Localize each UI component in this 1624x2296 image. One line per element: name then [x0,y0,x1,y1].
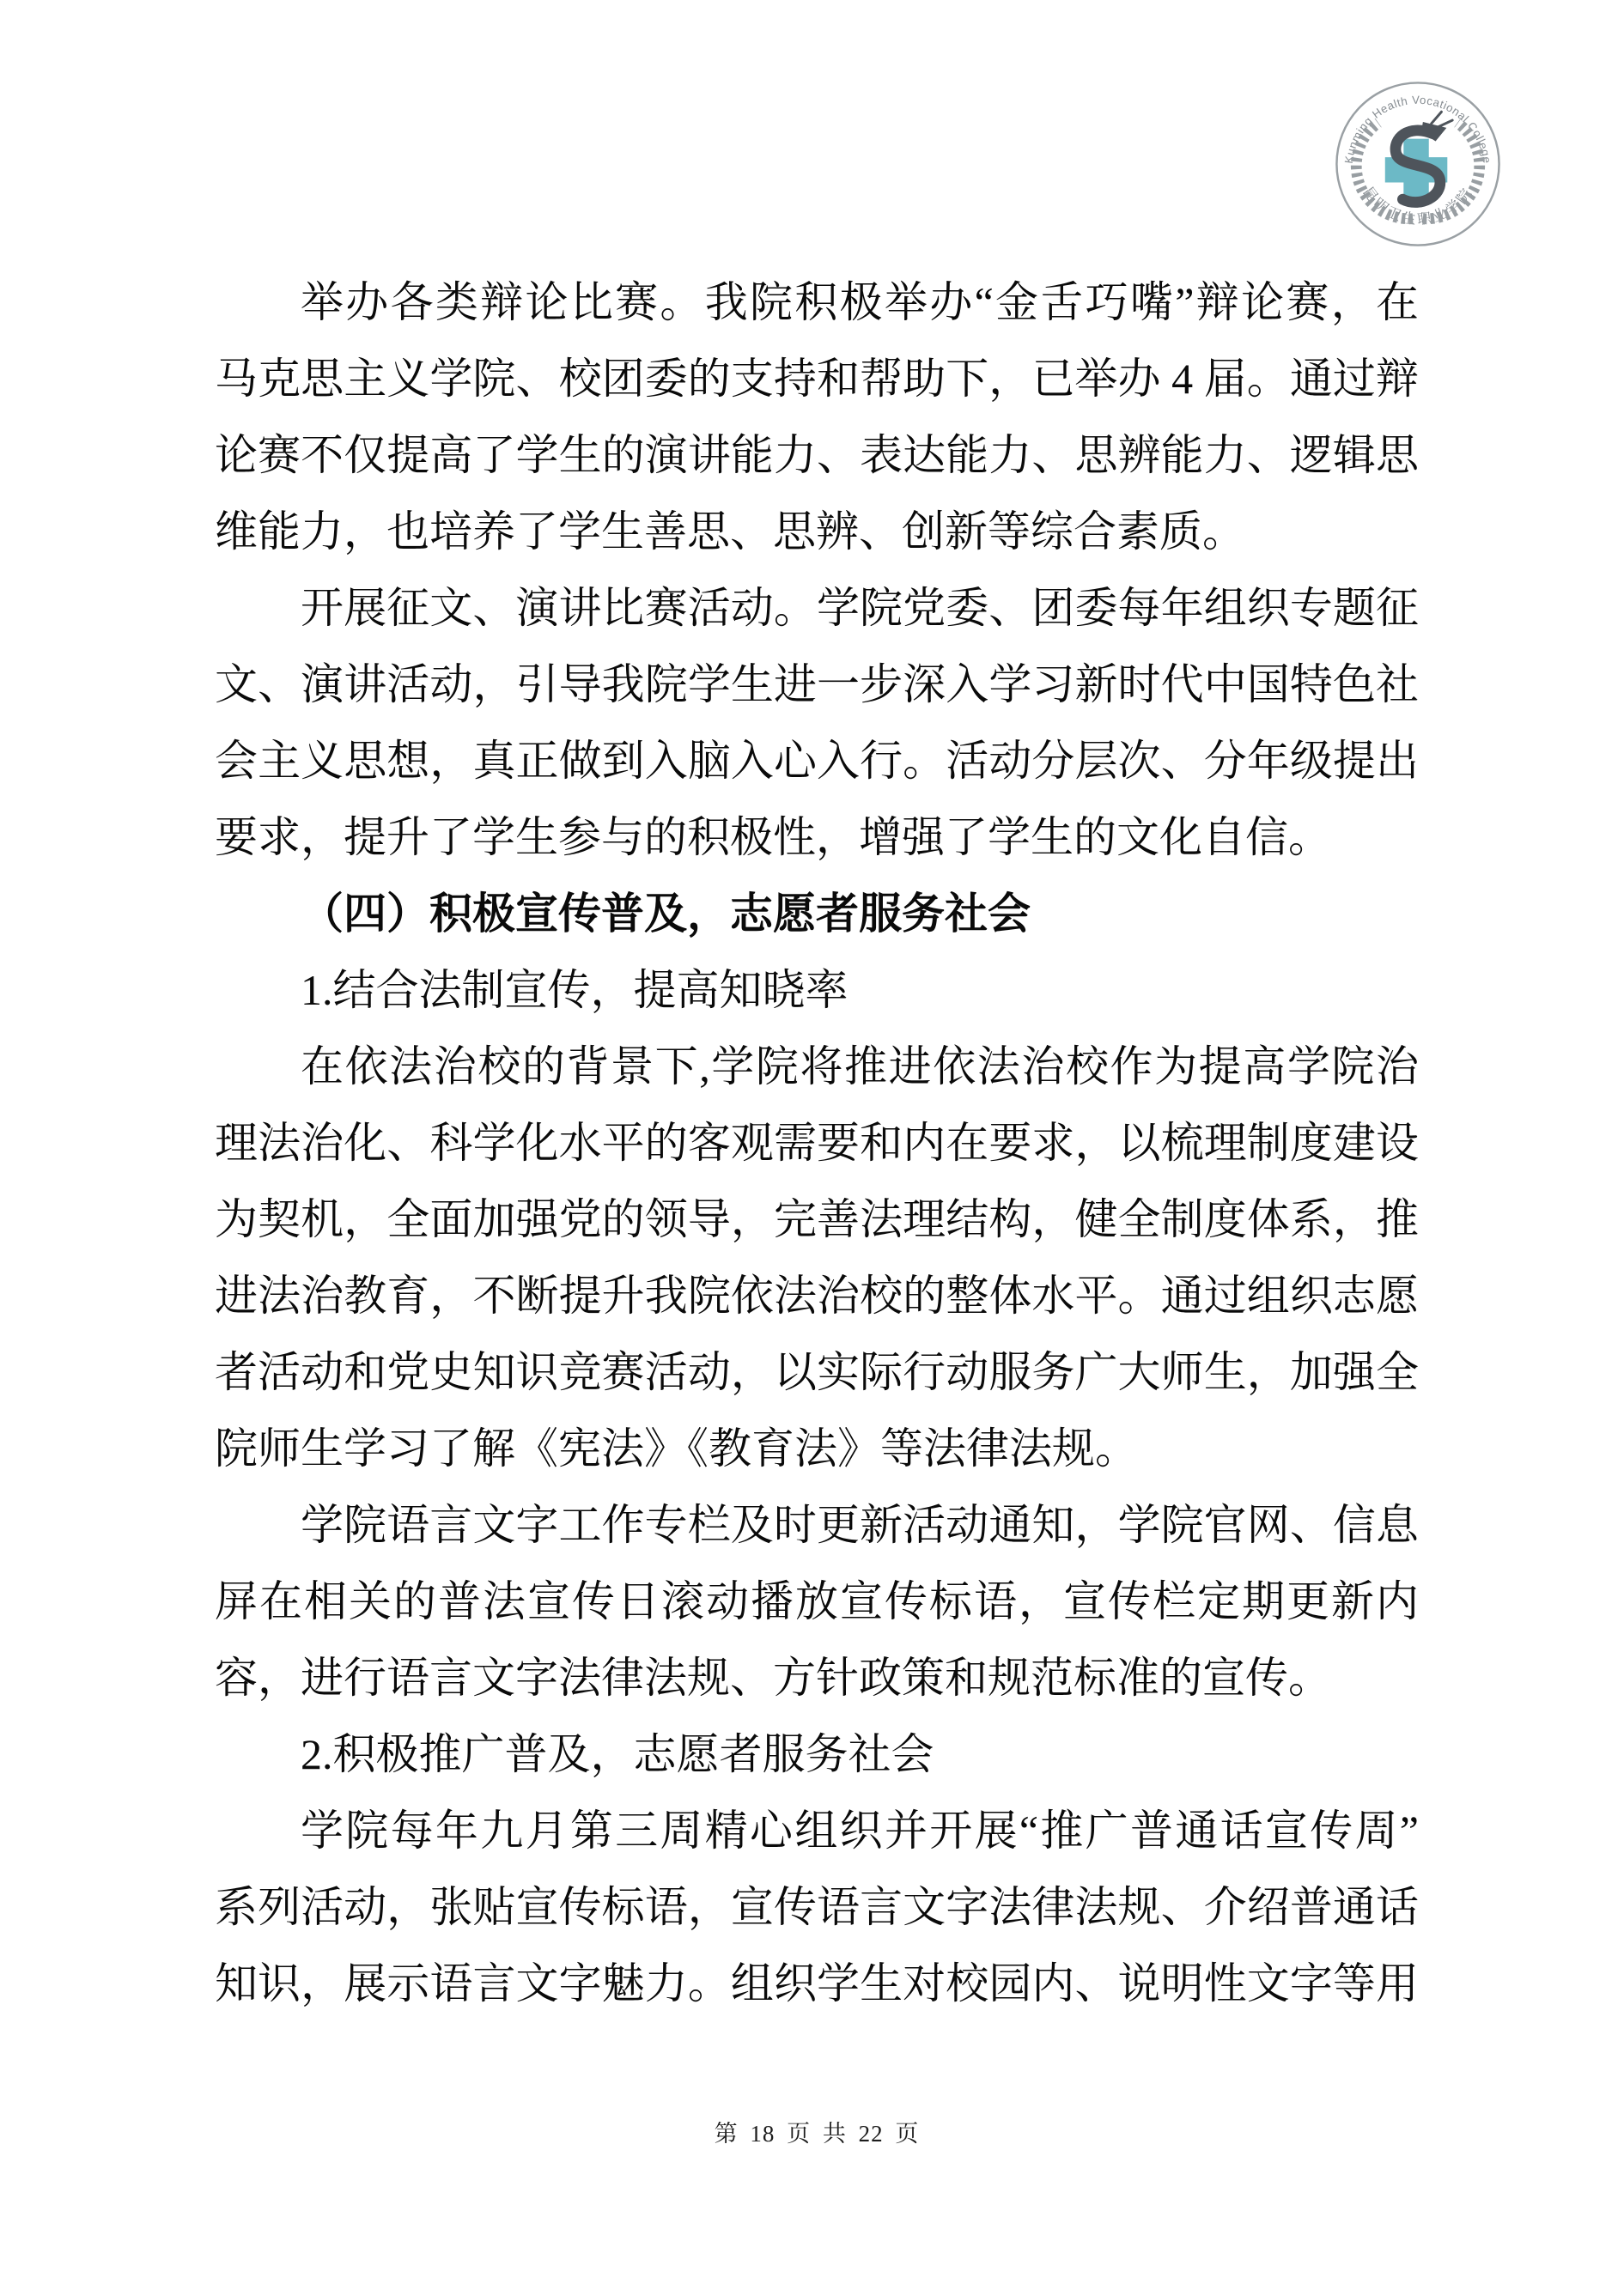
text-line: 学院语言文字工作专栏及时更新活动通知，学院官网、信息 [215,1487,1419,1564]
text-line: 马克思主义学院、校团委的支持和帮助下，已举办 4 届。通过辩 [215,341,1419,417]
text-line: 容，进行语言文字法律法规、方针政策和规范标准的宣传。 [215,1640,1419,1716]
text-line: 者活动和党史知识竞赛活动，以实际行动服务广大师生，加强全 [215,1334,1419,1411]
text-line: 知识，展示语言文字魅力。组织学生对校园内、说明性文字等用 [215,1946,1419,2022]
text-line: 院师生学习了解《宪法》《教育法》等法律法规。 [215,1411,1419,1487]
text-line: 文、演讲活动，引导我院学生进一步深入学习新时代中国特色社 [215,647,1419,723]
text-line: 会主义思想，真正做到入脑入心入行。活动分层次、分年级提出 [215,723,1419,799]
text-line: 理法治化、科学化水平的客观需要和内在要求，以梳理制度建设 [215,1105,1419,1181]
document-body: 举办各类辩论比赛。我院积极举办“金舌巧嘴”辩论赛，在 马克思主义学院、校团委的支… [215,264,1419,2022]
text-line: 学院每年九月第三周精心组织并开展“推广普通话宣传周” [215,1793,1419,1869]
text-line: 屏在相关的普法宣传日滚动播放宣传标语，宣传栏定期更新内 [215,1564,1419,1640]
section-heading: （四）积极宣传普及，志愿者服务社会 [215,876,1419,952]
text-line: 进法治教育，不断提升我院依法治校的整体水平。通过组织志愿 [215,1258,1419,1334]
text-line: 在依法治校的背景下,学院将推进依法治校作为提高学院治 [215,1029,1419,1105]
page-number: 第 18 页 共 22 页 [215,2115,1419,2148]
text-line: 开展征文、演讲比赛活动。学院党委、团委每年组织专题征 [215,570,1419,647]
subsection-heading: 1.结合法制宣传，提高知晓率 [215,952,1419,1029]
text-line: 举办各类辩论比赛。我院积极举办“金舌巧嘴”辩论赛，在 [215,264,1419,341]
text-line: 要求，提升了学生参与的积极性，增强了学生的文化自信。 [215,799,1419,876]
college-logo: Kunming Health Vocational College 昆明卫生职业… [1334,80,1502,248]
text-line: 维能力，也培养了学生善思、思辨、创新等综合素质。 [215,494,1419,570]
text-line: 系列活动，张贴宣传标语，宣传语言文字法律法规、介绍普通话 [215,1869,1419,1946]
text-line: 论赛不仅提高了学生的演讲能力、表达能力、思辨能力、逻辑思 [215,417,1419,494]
text-line: 为契机，全面加强党的领导，完善法理结构，健全制度体系，推 [215,1181,1419,1258]
document-page: Kunming Health Vocational College 昆明卫生职业… [0,0,1624,2296]
subsection-heading: 2.积极推广普及，志愿者服务社会 [215,1716,1419,1793]
